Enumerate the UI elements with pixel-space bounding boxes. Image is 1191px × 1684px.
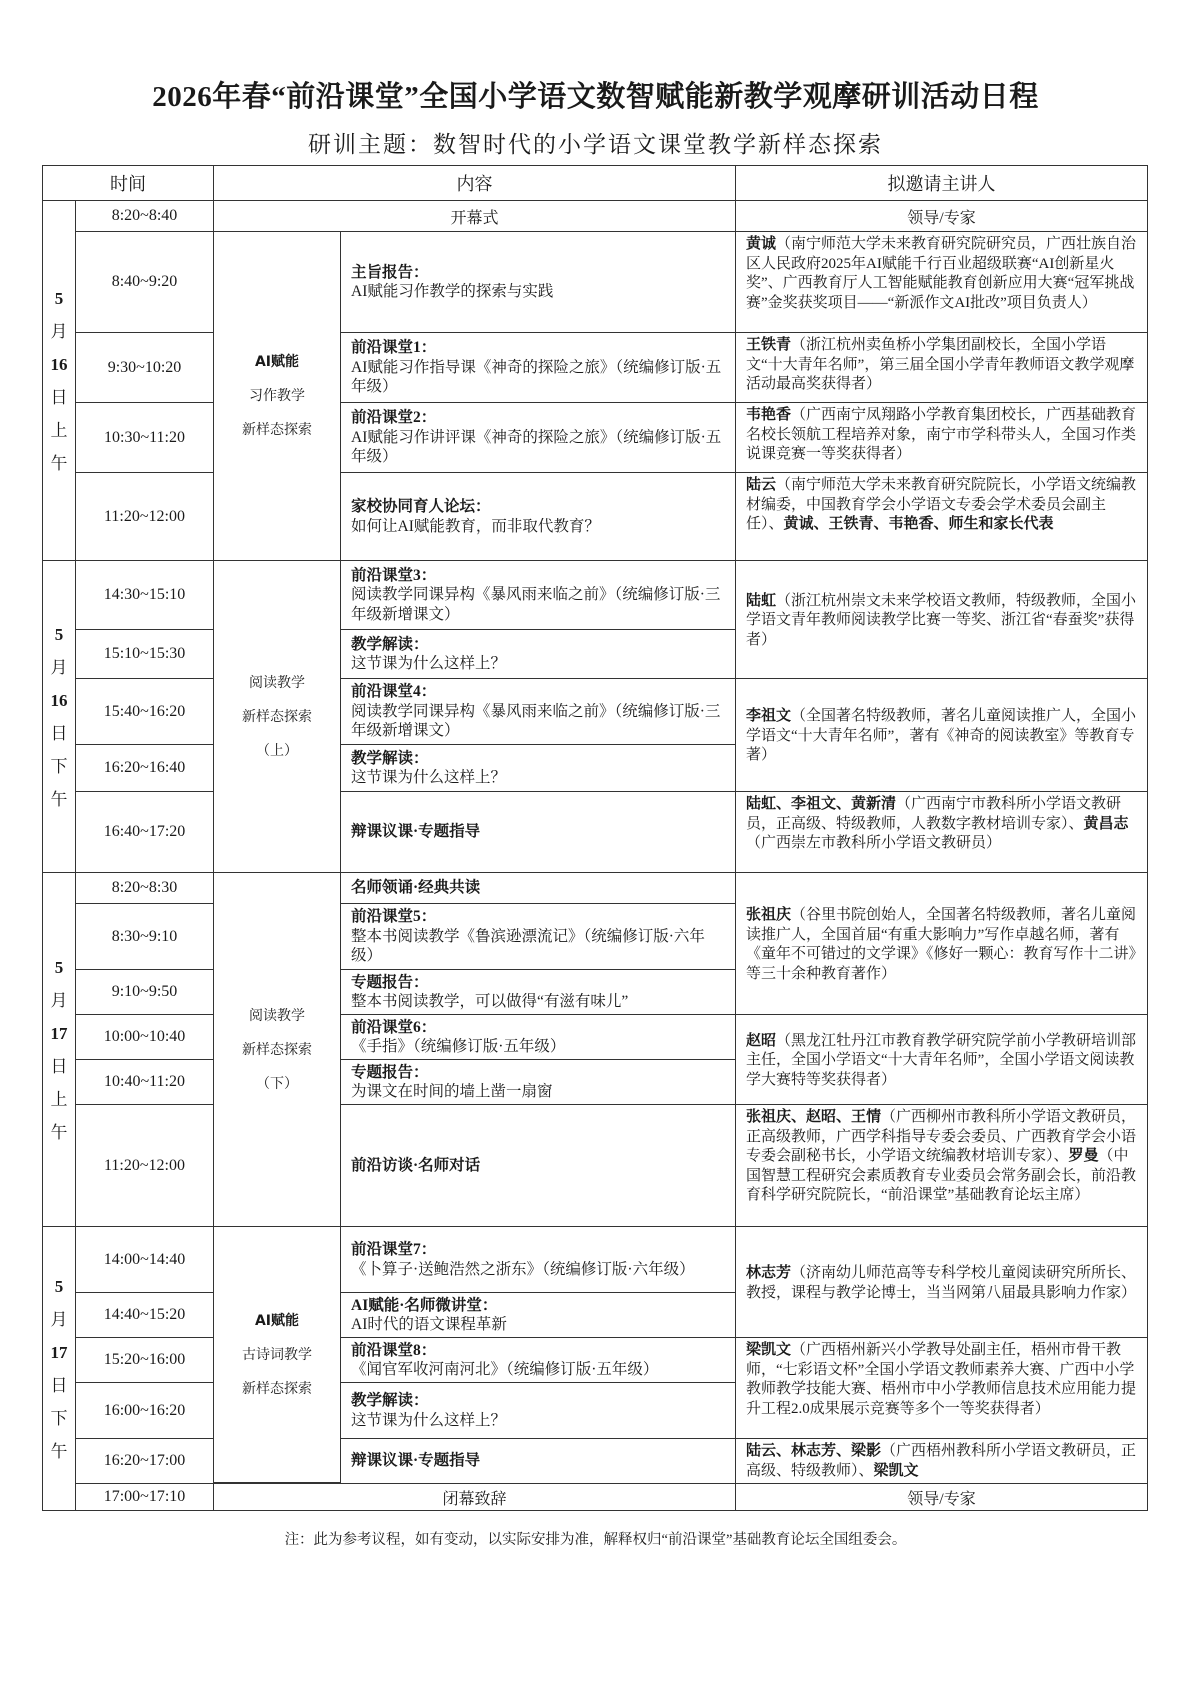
speaker-cell: 张祖庆（谷里书院创始人，全国著名特级教师，著名儿童阅读推广人，全国首届“有重大影… [735, 872, 1148, 1015]
item-text: 《手指》（统编修订版·五年级） [351, 1037, 565, 1057]
item-label: 前沿课堂6： [351, 1018, 436, 1038]
item-text: 如何让AI赋能教育，而非取代教育？ [351, 517, 600, 537]
time-slot: 16:20~16:40 [75, 744, 214, 792]
theme-line: AI赋能 [255, 1304, 299, 1338]
theme-line: 阅读教学 [249, 999, 305, 1033]
agenda-item: 名师领诵·经典共读 [340, 872, 736, 904]
item-label: 前沿访谈·名师对话 [351, 1156, 480, 1176]
time-slot: 11:20~12:00 [75, 1104, 214, 1227]
theme-line: （上） [256, 734, 298, 768]
day-date-number: 17 [51, 1336, 68, 1369]
speaker-name: 韦艳香 [746, 407, 791, 423]
day-char: 午 [51, 1116, 68, 1149]
day-char: 月 [51, 984, 68, 1017]
speaker-name: 陆虹 [746, 593, 776, 609]
time-slot: 17:00~17:10 [75, 1483, 214, 1511]
agenda-item: 家校协同育人论坛： 如何让AI赋能教育，而非取代教育？ [340, 472, 736, 561]
time-slot: 10:00~10:40 [75, 1014, 214, 1060]
speaker-cell: 赵昭（黑龙江牡丹江市教育教学研究院学前小学教研培训部主任，全国小学语文“十大青年… [735, 1014, 1148, 1105]
speaker-cell: 陆云（南宁师范大学未来教育研究院院长，小学语文统编教材编委，中国教育学会小学语文… [735, 472, 1148, 561]
item-label: 前沿课堂7： [351, 1240, 436, 1260]
speaker-name: 王铁青 [746, 337, 791, 353]
speaker-name: 陆云、林志芳、梁影 [746, 1443, 881, 1459]
speaker-name: 张祖庆 [746, 907, 791, 923]
time-slot: 8:30~9:10 [75, 903, 214, 970]
item-label: 辩课议课·专题指导 [351, 1451, 480, 1471]
agenda-item: 辩课议课·专题指导 [340, 791, 736, 873]
time-slot: 8:20~8:40 [75, 200, 214, 232]
day-month-number: 5 [55, 618, 64, 651]
day-date-number: 16 [51, 684, 68, 717]
agenda-item: 前沿课堂3： 阅读教学同课异构《暴风雨来临之前》（统编修订版·三年级新增课文） [340, 560, 736, 630]
agenda-item: 专题报告： 整本书阅读教学，可以做得“有滋有味儿” [340, 969, 736, 1015]
speaker-name: 黄诚、王铁青、韦艳香、师生和家长代表 [784, 516, 1054, 532]
day-char: 月 [51, 651, 68, 684]
time-slot: 8:20~8:30 [75, 872, 214, 904]
speaker-name: 罗曼 [1069, 1148, 1099, 1164]
day-char: 月 [51, 1303, 68, 1336]
day-char: 午 [51, 1435, 68, 1468]
speaker-desc: （浙江杭州卖鱼桥小学集团副校长，全国小学语文“十大青年名师”，第三届全国小学青年… [746, 337, 1134, 392]
session-theme: 阅读教学 新样态探索 （下） [213, 872, 341, 1227]
schedule-table: 时间 内容 拟邀请主讲人 5 月 16 日 上 午 8:20~8:40 开幕式 … [0, 0, 1191, 1684]
item-text: 整本书阅读教学《鲁滨逊漂流记》（统编修订版·六年级） [351, 927, 727, 966]
speaker-cell: 陆虹、李祖文、黄新清（广西南宁市教科所小学语文教研员，正高级、特级教师，人教数字… [735, 791, 1148, 873]
time-slot: 9:30~10:20 [75, 332, 214, 403]
theme-line: 新样态探索 [242, 413, 312, 447]
theme-line: 新样态探索 [242, 1033, 312, 1067]
item-label: 教学解读： [351, 635, 429, 655]
agenda-item: 教学解读： 这节课为什么这样上？ [340, 1382, 736, 1439]
speaker-desc: （广西南宁凤翔路小学教育集团校长，广西基础教育名校长领航工程培养对象，南宁市学科… [746, 407, 1136, 462]
day-month-number: 5 [55, 282, 64, 315]
item-text: 这节课为什么这样上？ [351, 654, 506, 674]
speaker-desc: （谷里书院创始人，全国著名特级教师，著名儿童阅读推广人，全国首届“有重大影响力”… [746, 907, 1136, 982]
speaker-cell: 韦艳香（广西南宁凤翔路小学教育集团校长，广西基础教育名校长领航工程培养对象，南宁… [735, 402, 1148, 473]
item-label: 前沿课堂4： [351, 682, 436, 702]
agenda-item: 前沿访谈·名师对话 [340, 1104, 736, 1227]
speaker-name: 黄诚 [746, 236, 776, 252]
day-char: 下 [51, 1402, 68, 1435]
day-char: 日 [51, 381, 68, 414]
session-theme: AI赋能 古诗词教学 新样态探索 [213, 1226, 341, 1483]
time-slot: 10:40~11:20 [75, 1059, 214, 1105]
item-text: 《卜算子·送鲍浩然之浙东》（统编修订版·六年级） [351, 1260, 695, 1280]
speaker-desc: （浙江杭州崇文未来学校语文教师，特级教师，全国小学语文青年教师阅读教学比赛一等奖… [746, 593, 1136, 648]
speaker-desc: （广西崇左市教科所小学语文教研员） [746, 835, 1001, 851]
agenda-item: 教学解读： 这节课为什么这样上？ [340, 744, 736, 792]
column-header-speaker: 拟邀请主讲人 [735, 165, 1148, 201]
agenda-item: 前沿课堂7： 《卜算子·送鲍浩然之浙东》（统编修订版·六年级） [340, 1226, 736, 1293]
closing-speaker: 领导/专家 [735, 1483, 1148, 1511]
time-slot: 10:30~11:20 [75, 402, 214, 473]
opening-speaker: 领导/专家 [735, 200, 1148, 232]
item-text: 这节课为什么这样上？ [351, 1411, 506, 1431]
agenda-item: 前沿课堂8： 《闻官军收河南河北》（统编修订版·五年级） [340, 1337, 736, 1383]
theme-line: 新样态探索 [242, 700, 312, 734]
speaker-cell: 李祖文（全国著名特级教师，著名儿童阅读推广人，全国小学语文“十大青年名师”，著有… [735, 678, 1148, 792]
speaker-name: 赵昭 [746, 1033, 776, 1049]
time-slot: 15:10~15:30 [75, 629, 214, 679]
session-theme: 阅读教学 新样态探索 （上） [213, 560, 341, 873]
day-date-number: 17 [51, 1017, 68, 1050]
item-label: 教学解读： [351, 749, 429, 769]
item-label: 辩课议课·专题指导 [351, 822, 480, 842]
day-char: 午 [51, 783, 68, 816]
day-label: 5 月 17 日 上 午 [42, 872, 76, 1227]
item-text: AI赋能习作讲评课《神奇的探险之旅》（统编修订版·五年级） [351, 428, 727, 467]
item-label: 前沿课堂5： [351, 907, 436, 927]
time-slot: 14:40~15:20 [75, 1292, 214, 1338]
day-month-number: 5 [55, 1270, 64, 1303]
theme-line: （下） [256, 1067, 298, 1101]
item-text: 这节课为什么这样上？ [351, 768, 506, 788]
time-slot: 15:40~16:20 [75, 678, 214, 745]
time-slot: 14:00~14:40 [75, 1226, 214, 1293]
item-label: 主旨报告： [351, 263, 429, 283]
speaker-name: 梁凯文 [874, 1463, 919, 1479]
agenda-item: 前沿课堂4： 阅读教学同课异构《暴风雨来临之前》（统编修订版·三年级新增课文） [340, 678, 736, 745]
time-slot: 11:20~12:00 [75, 472, 214, 561]
closing-ceremony: 闭幕致辞 [213, 1483, 736, 1511]
speaker-cell: 黄诚（南宁师范大学未来教育研究院研究员，广西壮族自治区人民政府2025年AI赋能… [735, 231, 1148, 333]
agenda-item: 主旨报告： AI赋能习作教学的探索与实践 [340, 231, 736, 333]
time-slot: 14:30~15:10 [75, 560, 214, 630]
speaker-cell: 张祖庆、赵昭、王情（广西柳州市教科所小学语文教研员，正高级教师，广西学科指导专委… [735, 1104, 1148, 1227]
item-text: 阅读教学同课异构《暴风雨来临之前》（统编修订版·三年级新增课文） [351, 585, 727, 624]
speaker-desc: （济南幼儿师范高等专科学校儿童阅读研究所所长、教授，课程与教学论博士，当当网第八… [746, 1265, 1136, 1301]
theme-line: 古诗词教学 [242, 1338, 312, 1372]
speaker-desc: （广西梧州新兴小学教导处副主任，梧州市骨干教师，“七彩语文杯”全国小学语文教师素… [746, 1342, 1136, 1417]
day-label: 5 月 16 日 下 午 [42, 560, 76, 873]
time-slot: 16:40~17:20 [75, 791, 214, 873]
item-text: 阅读教学同课异构《暴风雨来临之前》（统编修订版·三年级新增课文） [351, 702, 727, 741]
day-label: 5 月 17 日 下 午 [42, 1226, 76, 1511]
agenda-item: 前沿课堂5： 整本书阅读教学《鲁滨逊漂流记》（统编修订版·六年级） [340, 903, 736, 970]
day-char: 上 [51, 1083, 68, 1116]
day-char: 月 [51, 315, 68, 348]
item-text: 整本书阅读教学，可以做得“有滋有味儿” [351, 992, 628, 1012]
agenda-item: 前沿课堂6： 《手指》（统编修订版·五年级） [340, 1014, 736, 1060]
agenda-item: 专题报告： 为课文在时间的墙上凿一扇窗 [340, 1059, 736, 1105]
day-char: 上 [51, 414, 68, 447]
time-slot: 15:20~16:00 [75, 1337, 214, 1383]
speaker-desc: （全国著名特级教师，著名儿童阅读推广人，全国小学语文“十大青年名师”，著有《神奇… [746, 708, 1136, 763]
column-header-time: 时间 [42, 165, 214, 201]
time-slot: 16:00~16:20 [75, 1382, 214, 1439]
item-text: AI赋能习作教学的探索与实践 [351, 282, 553, 302]
theme-line: AI赋能 [255, 345, 299, 379]
speaker-desc: （南宁师范大学未来教育研究院研究员，广西壮族自治区人民政府2025年AI赋能千行… [746, 236, 1136, 311]
item-label: 前沿课堂8： [351, 1341, 436, 1361]
agenda-item: 前沿课堂2： AI赋能习作讲评课《神奇的探险之旅》（统编修订版·五年级） [340, 402, 736, 473]
item-label: 前沿课堂3： [351, 566, 436, 586]
speaker-desc: （黑龙江牡丹江市教育教学研究院学前小学教研培训部主任，全国小学语文“十大青年名师… [746, 1033, 1136, 1088]
day-char: 日 [51, 717, 68, 750]
day-char: 日 [51, 1369, 68, 1402]
item-text: AI时代的语文课程革新 [351, 1315, 507, 1335]
item-label: 专题报告： [351, 973, 429, 993]
speaker-name: 张祖庆、赵昭、王情 [746, 1109, 881, 1125]
theme-line: 新样态探索 [242, 1372, 312, 1406]
column-header-content: 内容 [213, 165, 736, 201]
agenda-item: AI赋能·名师微讲堂： AI时代的语文课程革新 [340, 1292, 736, 1338]
session-theme: AI赋能 习作教学 新样态探索 [213, 231, 341, 561]
day-char: 午 [51, 447, 68, 480]
day-month-number: 5 [55, 951, 64, 984]
item-label: 教学解读： [351, 1391, 429, 1411]
day-char: 日 [51, 1050, 68, 1083]
item-label: 家校协同育人论坛： [351, 497, 491, 517]
item-label: 前沿课堂1： [351, 338, 436, 358]
item-text: 为课文在时间的墙上凿一扇窗 [351, 1082, 553, 1102]
day-date-number: 16 [51, 348, 68, 381]
day-label: 5 月 16 日 上 午 [42, 200, 76, 561]
theme-line: 习作教学 [249, 379, 305, 413]
speaker-name: 林志芳 [746, 1265, 791, 1281]
speaker-name: 陆虹、李祖文、黄新清 [746, 796, 896, 812]
item-label: 名师领诵·经典共读 [351, 878, 480, 898]
speaker-name: 梁凯文 [746, 1342, 791, 1358]
time-slot: 8:40~9:20 [75, 231, 214, 333]
agenda-item: 辩课议课·专题指导 [340, 1438, 736, 1484]
time-slot: 9:10~9:50 [75, 969, 214, 1015]
speaker-cell: 林志芳（济南幼儿师范高等专科学校儿童阅读研究所所长、教授，课程与教学论博士，当当… [735, 1226, 1148, 1338]
agenda-item: 前沿课堂1： AI赋能习作指导课《神奇的探险之旅》（统编修订版·五年级） [340, 332, 736, 403]
item-label: AI赋能·名师微讲堂： [351, 1296, 497, 1316]
speaker-name: 李祖文 [746, 708, 791, 724]
speaker-name: 陆云 [746, 477, 776, 493]
opening-ceremony: 开幕式 [213, 200, 736, 232]
agenda-item: 教学解读： 这节课为什么这样上？ [340, 629, 736, 679]
speaker-cell: 梁凯文（广西梧州新兴小学教导处副主任，梧州市骨干教师，“七彩语文杯”全国小学语文… [735, 1337, 1148, 1439]
item-label: 前沿课堂2： [351, 408, 436, 428]
speaker-name: 黄昌志 [1084, 816, 1129, 832]
speaker-cell: 陆云、林志芳、梁影（广西梧州教科所小学语文教研员，正高级、特级教师）、梁凯文 [735, 1438, 1148, 1484]
time-slot: 16:20~17:00 [75, 1438, 214, 1484]
item-text: AI赋能习作指导课《神奇的探险之旅》（统编修订版·五年级） [351, 358, 727, 397]
speaker-cell: 陆虹（浙江杭州崇文未来学校语文教师，特级教师，全国小学语文青年教师阅读教学比赛一… [735, 560, 1148, 679]
item-text: 《闻官军收河南河北》（统编修订版·五年级） [351, 1360, 658, 1380]
day-char: 下 [51, 750, 68, 783]
speaker-cell: 王铁青（浙江杭州卖鱼桥小学集团副校长，全国小学语文“十大青年名师”，第三届全国小… [735, 332, 1148, 403]
footer-note: 注：此为参考议程，如有变动，以实际安排为准，解释权归“前沿课堂”基础教育论坛全国… [0, 1528, 1191, 1549]
item-label: 专题报告： [351, 1063, 429, 1083]
theme-line: 阅读教学 [249, 666, 305, 700]
